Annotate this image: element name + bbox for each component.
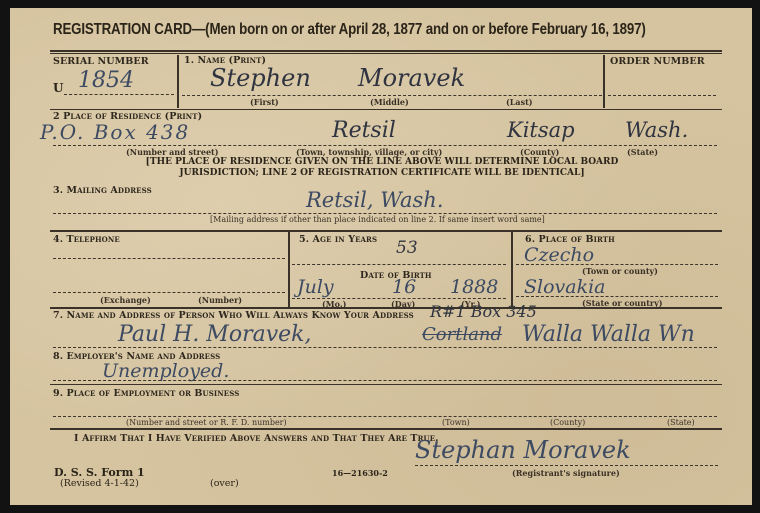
name-sub-last: (Last) xyxy=(506,97,533,107)
dob-month: July xyxy=(297,276,334,298)
name-sub-middle: (Middle) xyxy=(370,97,409,107)
telephone-sub-exchange: (Exchange) xyxy=(100,295,151,305)
residence-notice-1: [THE PLACE OF RESIDENCE GIVEN ON THE LIN… xyxy=(92,157,672,167)
divider xyxy=(511,231,513,307)
age-line xyxy=(292,264,506,265)
telephone-sub-number: (Number) xyxy=(198,295,242,305)
name-first: Stephen xyxy=(210,64,311,92)
order-line xyxy=(608,95,716,96)
dob-day: 16 xyxy=(392,276,416,298)
row-rule xyxy=(50,109,722,110)
residence-state: Wash. xyxy=(625,118,688,142)
employment-sub-town: (Town) xyxy=(442,418,470,427)
contact-annotation: R#1 Box 345 xyxy=(430,302,537,321)
mailing-note: [Mailing address if other than place ind… xyxy=(210,215,545,224)
birthplace-town: Czecho xyxy=(524,244,594,266)
residence-town: Retsil xyxy=(332,118,396,143)
over-note: (over) xyxy=(210,478,239,489)
employment-place-label: 9. Place of Employment or Business xyxy=(53,388,239,399)
residence-sub-town: (Town, township, village, or city) xyxy=(296,147,442,157)
row-rule xyxy=(50,428,722,430)
birthplace-sub-town: (Town or county) xyxy=(582,266,658,276)
serial-line xyxy=(64,94,174,95)
residence-street: P.O. Box 438 xyxy=(40,120,190,144)
divider xyxy=(603,55,605,108)
serial-value: 1854 xyxy=(78,68,134,93)
employer-line xyxy=(53,380,717,381)
employment-place-line xyxy=(53,416,717,417)
telephone-label: 4. Telephone xyxy=(53,234,120,245)
birthplace-line-1 xyxy=(516,264,718,265)
birthplace-line-2 xyxy=(516,296,718,297)
employer-value: Unemployed. xyxy=(102,360,229,382)
mailing-value: Retsil, Wash. xyxy=(306,188,444,212)
birthplace-country: Slovakia xyxy=(524,276,606,298)
divider xyxy=(177,55,179,108)
signature-label: (Registrant's signature) xyxy=(512,468,620,478)
registration-card: REGISTRATION CARD—(Men born on or after … xyxy=(10,8,752,505)
employment-sub-county: (County) xyxy=(550,418,585,427)
form-revised: (Revised 4-1-42) xyxy=(60,478,139,489)
telephone-line-1 xyxy=(53,258,285,259)
serial-label: SERIAL NUMBER xyxy=(53,56,149,67)
residence-sub-street: (Number and street) xyxy=(126,147,219,157)
employment-sub-street: (Number and street or R. F. D. number) xyxy=(126,418,287,427)
residence-notice-2: JURISDICTION; LINE 2 OF REGISTRATION CER… xyxy=(92,168,672,178)
contact-struck: Cortland xyxy=(422,324,502,345)
row-rule xyxy=(50,230,722,232)
row-rule xyxy=(50,384,722,385)
title-rule xyxy=(50,50,722,52)
contact-line xyxy=(53,347,717,348)
contact-name: Paul H. Moravek, xyxy=(118,322,311,347)
signature-line xyxy=(415,465,718,466)
signature: Stephan Moravek xyxy=(415,436,631,464)
residence-sub-county: (County) xyxy=(520,147,559,157)
contact-address: Walla Walla Wn xyxy=(522,322,695,347)
affirm-text: I Affirm That I Have Verified Above Answ… xyxy=(74,433,439,444)
dob-year: 1888 xyxy=(450,276,498,298)
serial-prefix: U xyxy=(53,81,63,95)
residence-sub-state: (State) xyxy=(627,147,658,157)
divider xyxy=(288,231,290,307)
mailing-line xyxy=(53,213,717,214)
order-label: ORDER NUMBER xyxy=(610,56,705,67)
age-label: 5. Age in Years xyxy=(299,234,377,245)
residence-line xyxy=(53,145,717,146)
name-line xyxy=(182,95,602,96)
card-title: REGISTRATION CARD—(Men born on or after … xyxy=(53,21,646,39)
print-code: 16—21630-2 xyxy=(332,468,388,478)
name-last: Moravek xyxy=(358,64,465,92)
age-value: 53 xyxy=(396,238,418,258)
mailing-label: 3. Mailing Address xyxy=(53,185,152,196)
residence-county: Kitsap xyxy=(507,118,575,142)
name-sub-first: (First) xyxy=(250,97,279,107)
telephone-line-2 xyxy=(53,292,285,293)
employment-sub-state: (State) xyxy=(667,418,695,427)
title-rule-2 xyxy=(50,53,722,54)
row-rule xyxy=(50,307,722,309)
contact-label: 7. Name and Address of Person Who Will A… xyxy=(53,310,414,321)
